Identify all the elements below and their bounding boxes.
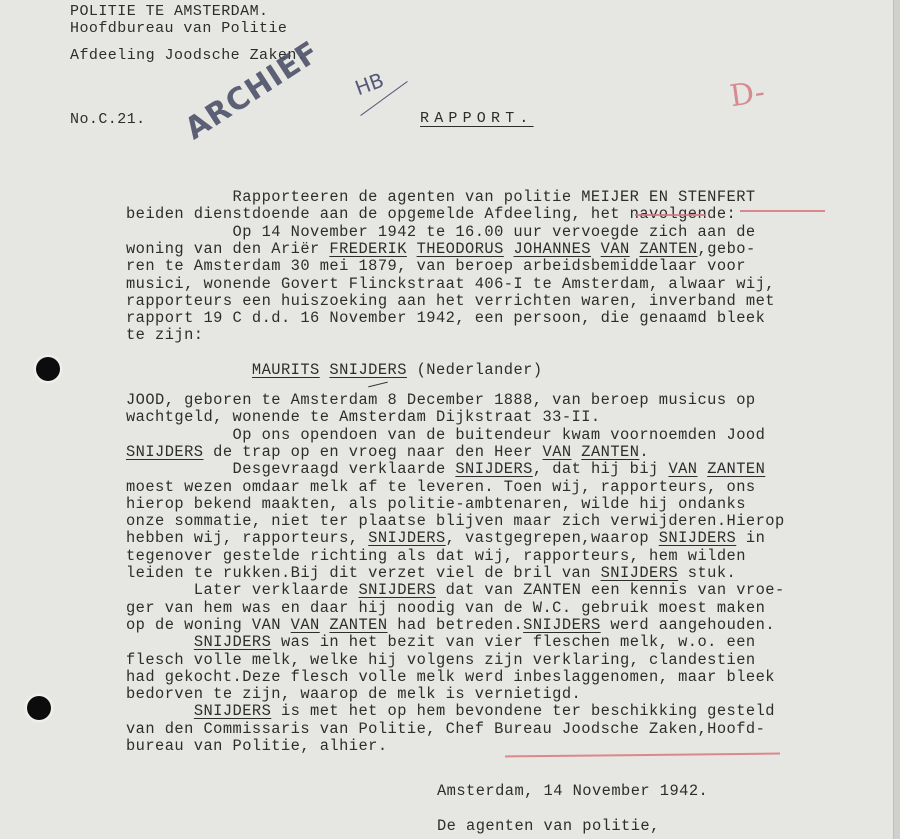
body-line: SNIJDERS de trap op en vroeg naar den He… — [126, 444, 649, 461]
signature-line: De agenten van politie, — [437, 818, 660, 835]
body-line: musici, wonende Govert Flinckstraat 406-… — [126, 276, 775, 293]
punch-hole-top — [36, 357, 60, 381]
place-date: Amsterdam, 14 November 1942. — [437, 783, 708, 800]
body-line: had gekocht.Deze flesch volle melk werd … — [126, 669, 775, 686]
body-line: Rapporteeren de agenten van politie MEIJ… — [126, 189, 756, 206]
document-page: POLITIE TE AMSTERDAM. Hoofdbureau van Po… — [0, 0, 893, 839]
punch-hole-bottom — [27, 696, 51, 720]
body-line: bedorven te zijn, waarop de melk is vern… — [126, 686, 581, 703]
body-line: van den Commissaris van Politie, Chef Bu… — [126, 721, 765, 738]
body-line: flesch volle melk, welke hij volgens zij… — [126, 652, 756, 669]
body-line: ger van hem was en daar hij noodig van d… — [126, 600, 765, 617]
body-line: Op ons opendoen van de buitendeur kwam v… — [126, 427, 765, 444]
stamp-initials: HB — [352, 68, 387, 100]
body-line: wachtgeld, wonende te Amsterdam Dijkstra… — [126, 409, 601, 426]
red-underline-meijer — [635, 214, 705, 216]
body-line: moest wezen omdaar melk af te leveren. T… — [126, 479, 756, 496]
body-line: woning van den Ariër FREDERIK THEODORUS … — [126, 241, 756, 258]
body-line: JOOD, geboren te Amsterdam 8 December 18… — [126, 392, 756, 409]
body-line: Later verklaarde SNIJDERS dat van ZANTEN… — [126, 582, 785, 599]
body-line: Op 14 November 1942 te 16.00 uur vervoeg… — [126, 224, 756, 241]
body-line: onze sommatie, niet ter plaatse blijven … — [126, 513, 785, 530]
body-line: tegenover gestelde richting als dat wij,… — [126, 548, 746, 565]
body-line: rapporteurs een huiszoeking aan het verr… — [126, 293, 775, 310]
body-line: SNIJDERS is met het op hem bevondene ter… — [126, 703, 775, 720]
letterhead-line-2: Hoofdbureau van Politie — [70, 20, 287, 37]
body-line: Desgevraagd verklaarde SNIJDERS, dat hij… — [126, 461, 765, 478]
body-line: bureau van Politie, alhier. — [126, 738, 388, 755]
body-line: hebben wij, rapporteurs, SNIJDERS, vastg… — [126, 530, 765, 547]
report-title: RAPPORT. — [420, 110, 534, 127]
body-line: te zijn: — [126, 327, 204, 344]
body-line: rapport 19 C d.d. 16 November 1942, een … — [126, 310, 765, 327]
body-line: ren te Amsterdam 30 mei 1879, van beroep… — [126, 258, 746, 275]
body-line: leiden te rukken.Bij dit verzet viel de … — [126, 565, 736, 582]
body-line: hierop bekend maakten, als politie-ambte… — [126, 496, 746, 513]
page-edge — [893, 0, 900, 839]
letterhead-line-1: POLITIE TE AMSTERDAM. — [70, 3, 268, 20]
reference-number: No.C.21. — [70, 111, 146, 128]
red-pencil-annotation: D- — [728, 75, 767, 114]
red-underline-stenfert — [740, 210, 825, 212]
body-line: op de woning VAN VAN ZANTEN had betreden… — [126, 617, 775, 634]
body-line: SNIJDERS was in het bezit van vier flesc… — [126, 634, 756, 651]
red-underline-chef-bureau — [505, 753, 780, 758]
body-line: MAURITS SNIJDERS (Nederlander) — [126, 362, 543, 379]
pencil-mark — [368, 382, 388, 388]
